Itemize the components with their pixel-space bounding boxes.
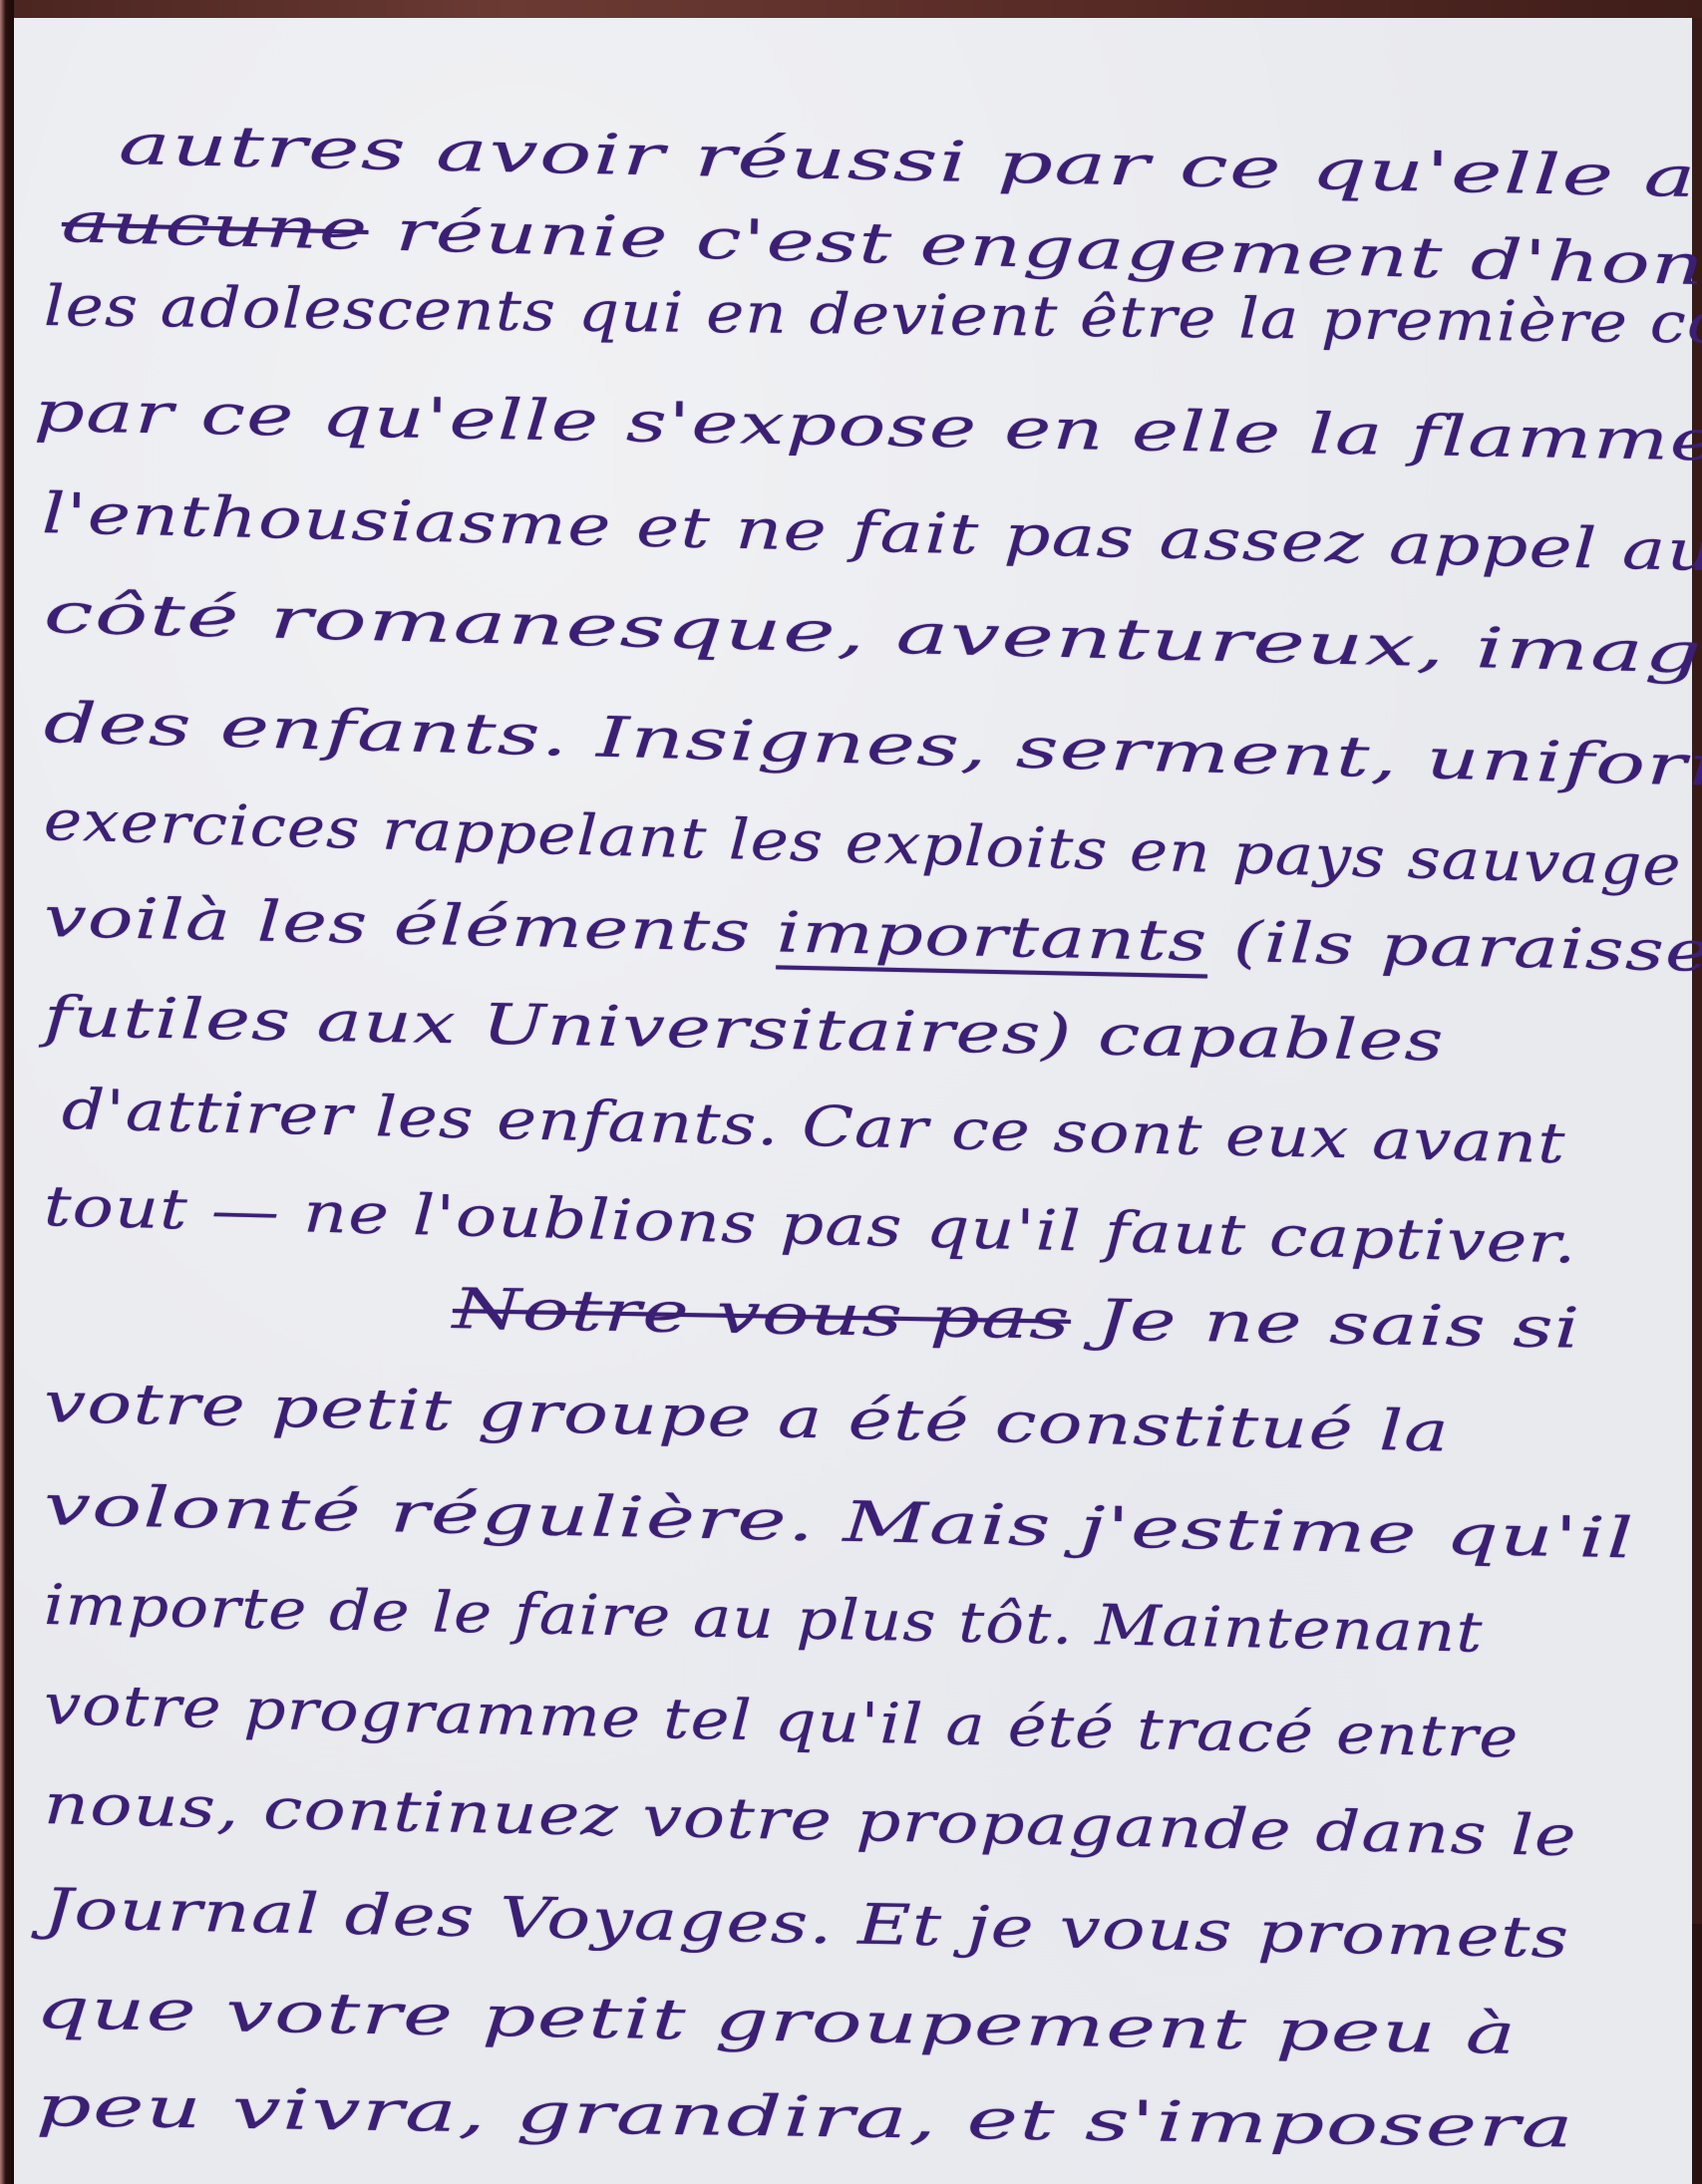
line-text: volonté régulière. Mais j'estime qu'il	[43, 1473, 1635, 1571]
line-text: exercices rappelant les exploits en pays…	[43, 788, 1682, 899]
line-text: côté romanesque, aventureux, imaginatif	[43, 581, 1702, 693]
text-line: futiles aux Universitaires) capables	[44, 990, 1446, 1071]
line-text: futiles aux Universitaires) capables	[43, 985, 1445, 1075]
text-line: importe de le faire au plus tôt. Mainten…	[43, 1578, 1484, 1662]
text-line: autres avoir réussi par ce qu'elle a	[118, 118, 1697, 206]
line-text: peu vivra, grandira, et s'imposera	[36, 2074, 1575, 2161]
text-line: exercices rappelant les exploits en pays…	[43, 793, 1682, 895]
line-text: votre petit groupe a été constitué la	[43, 1371, 1450, 1465]
letter-page: autres avoir réussi par ce qu'elle a auc…	[14, 18, 1692, 2184]
text-line: nous, continuez votre propagande dans le	[43, 1777, 1577, 1865]
line-text: nous, continuez votre propagande dans le	[43, 1772, 1577, 1869]
line-text: (ils paraissent	[1207, 909, 1702, 986]
text-line: votre programme tel qu'il a été tracé en…	[43, 1678, 1520, 1767]
text-line: côté romanesque, aventureux, imaginatif	[43, 586, 1702, 689]
text-line: l'enthousiasme et ne fait pas assez appe…	[41, 486, 1702, 580]
text-line: que votre petit groupement peu à	[36, 1982, 1518, 2063]
line-text: par ce qu'elle s'expose en elle la flamm…	[33, 380, 1702, 476]
line-text: votre programme tel qu'il a été tracé en…	[43, 1673, 1520, 1771]
line-text: tout — ne l'oublions pas qu'il faut capt…	[43, 1174, 1577, 1277]
text-line: Notre vous pas Je ne sais si	[453, 1282, 1581, 1358]
handwritten-text: autres avoir réussi par ce qu'elle a auc…	[14, 18, 1692, 2184]
underlined-word: importants	[776, 900, 1208, 974]
photo-background-top	[0, 0, 1702, 18]
line-text: Je ne sais si	[1070, 1288, 1581, 1362]
text-line: Journal des Voyages. Et je vous promets	[43, 1882, 1569, 1967]
text-line: d'attirer les enfants. Car ce sont eux a…	[61, 1083, 1566, 1172]
photo-background-left	[0, 0, 14, 2184]
line-text: voilà les éléments	[43, 885, 777, 965]
struck-word: Notre vous pas	[452, 1277, 1071, 1353]
line-text: des enfants. Insignes, serment, uniforme…	[43, 691, 1702, 802]
text-line: par ce qu'elle s'expose en elle la flamm…	[34, 385, 1702, 472]
line-text: d'attirer les enfants. Car ce sont eux a…	[61, 1078, 1566, 1176]
line-text: importe de le faire au plus tôt. Mainten…	[43, 1573, 1484, 1666]
line-text: que votre petit groupement peu à	[35, 1977, 1517, 2067]
line-text: Journal des Voyages. Et je vous promets	[43, 1877, 1569, 1971]
text-line: peu vivra, grandira, et s'imposera	[36, 2079, 1575, 2157]
text-line: des enfants. Insignes, serment, uniforme…	[43, 696, 1702, 798]
text-line: volonté régulière. Mais j'estime qu'il	[43, 1478, 1635, 1567]
text-line: tout — ne l'oublions pas qu'il faut capt…	[43, 1179, 1577, 1273]
text-line: votre petit groupe a été constitué la	[43, 1376, 1450, 1461]
text-line: voilà les éléments importants (ils parai…	[43, 890, 1702, 983]
text-line: les adolescents qui en devient être la p…	[44, 279, 1702, 356]
line-text: l'enthousiasme et ne fait pas assez appe…	[41, 481, 1702, 584]
struck-word: aucune	[61, 190, 369, 263]
line-text: autres avoir réussi par ce qu'elle a	[118, 113, 1697, 210]
